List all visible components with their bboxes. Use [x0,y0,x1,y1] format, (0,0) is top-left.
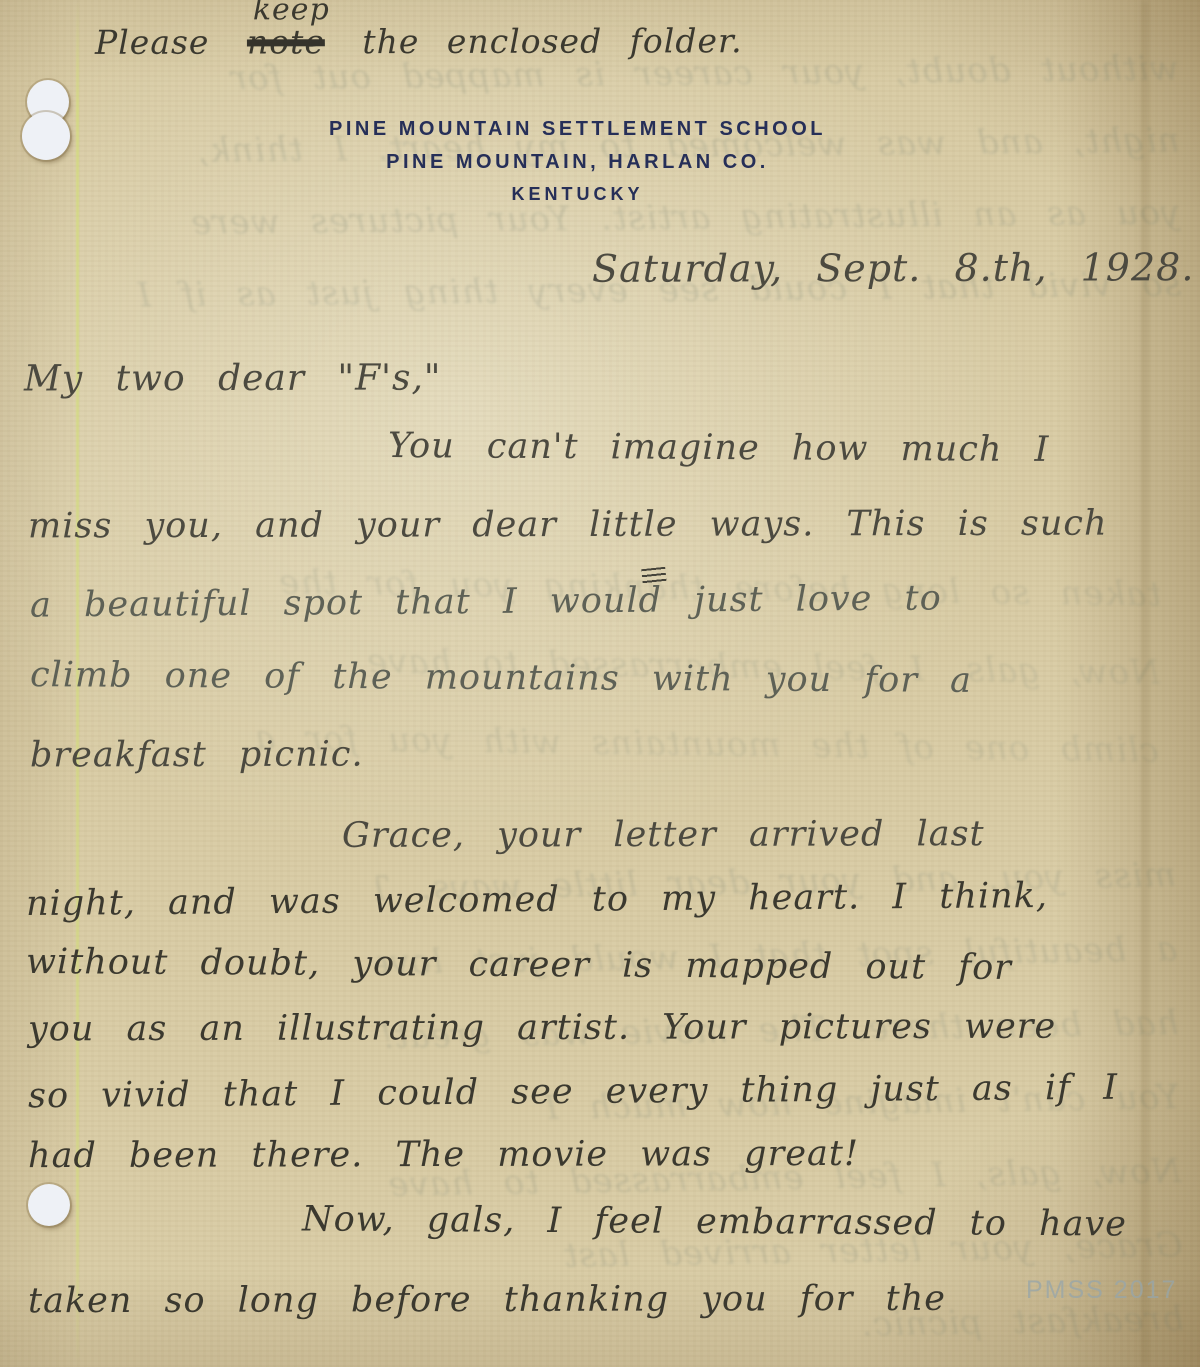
letter-line: Grace, your letter arrived last [342,814,985,856]
archive-watermark: PMSS 2017 [1026,1276,1177,1305]
letter-line: without doubt, your career is mapped out… [26,942,1012,988]
letterhead-state: KENTUCKY [0,184,1155,205]
letter-line: so vivid that I could see every thing ju… [28,1068,1118,1117]
struck-word-text: note [247,22,325,61]
hole-punch-bottom [28,1184,70,1226]
letterhead-location: PINE MOUNTAIN, HARLAN CO. [0,151,1155,174]
struck-word: notekeep [247,22,325,61]
letter-line: You can't imagine how much I [388,426,1050,470]
letter-line: a beautiful spot that I would just love … [30,578,942,625]
scanned-letter-page: without doubt, your career is mapped out… [0,0,1200,1367]
letter-line: Now, gals, I feel embarrassed to have [302,1199,1127,1244]
top-annotation: Please notekeep the enclosed folder. [95,21,743,62]
letter-line: miss you, and your dear little ways. Thi… [28,504,1108,547]
date-line: Saturday, Sept. 8.th, 1928. [592,245,1194,291]
annotation-text-before: Please [95,23,210,62]
emphasis-mark-under-little [641,567,667,585]
letter-line: breakfast picnic. [30,735,364,776]
paper-crease [1142,0,1148,1367]
salutation: My two dear "F's," [24,357,442,399]
letter-line: taken so long before thanking you for th… [28,1279,946,1321]
letterhead-school-name: PINE MOUNTAIN SETTLEMENT SCHOOL [0,118,1155,141]
letter-line: you as an illustrating artist. Your pict… [28,1007,1056,1050]
letter-line: climb one of the mountains with you for … [30,655,972,701]
letterhead: PINE MOUNTAIN SETTLEMENT SCHOOL PINE MOU… [0,118,1155,205]
letter-line: had been there. The movie was great! [28,1134,859,1176]
annotation-text-after: the enclosed folder. [362,21,742,61]
letter-line: night, and was welcomed to my heart. I t… [26,876,1048,924]
inserted-word: keep [253,0,330,27]
